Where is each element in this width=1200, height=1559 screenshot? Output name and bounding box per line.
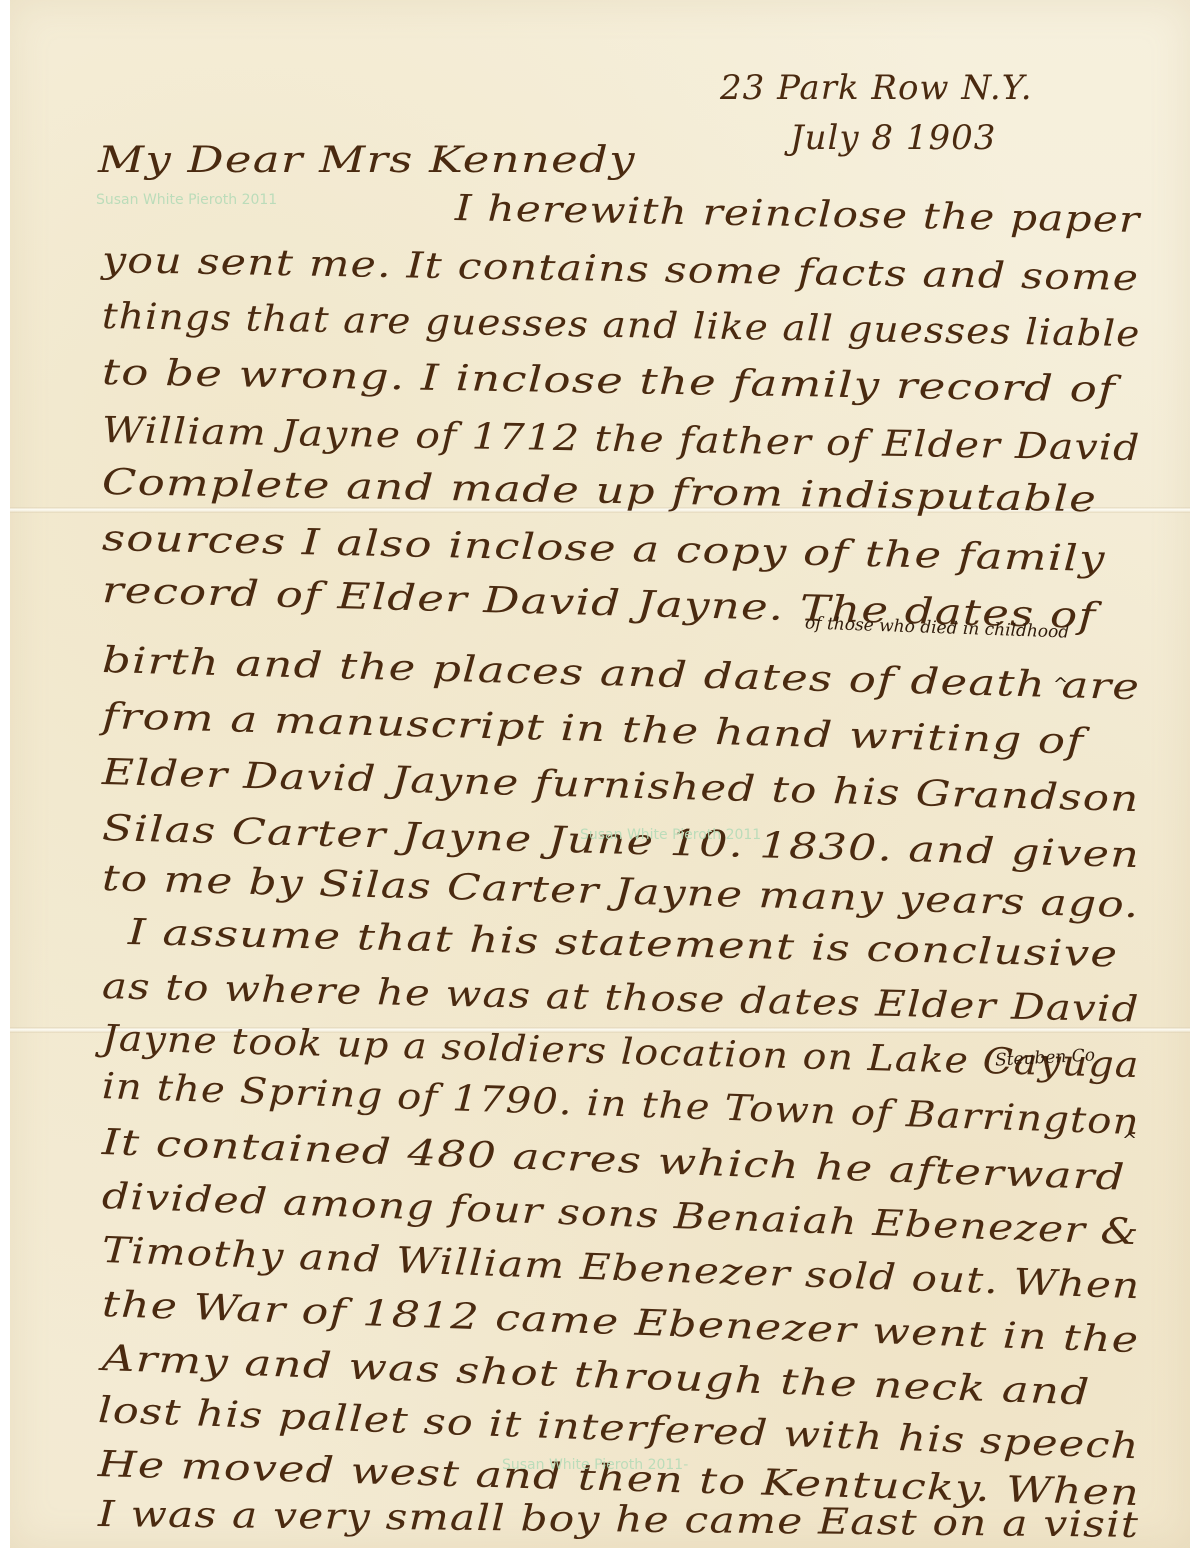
letter-line: from a manuscript in the hand writing of bbox=[101, 696, 1084, 763]
letter-line: birth and the places and dates of death … bbox=[101, 640, 1140, 708]
letter-address: 23 Park Row N.Y. bbox=[720, 68, 1033, 108]
letter-paper: 23 Park Row N.Y. July 8 1903 My Dear Mrs… bbox=[10, 0, 1190, 1548]
letter-line: I herewith reinclose the paper bbox=[455, 188, 1141, 241]
insertion-caret: ^ bbox=[1122, 1130, 1137, 1151]
letter-line: to be wrong. I inclose the family record… bbox=[102, 352, 1117, 411]
letter-line: sources I also inclose a copy of the fam… bbox=[102, 518, 1107, 580]
letter-line: as to where he was at those dates Elder … bbox=[102, 966, 1140, 1031]
watermark: Susan White Pieroth 2011- bbox=[502, 1457, 688, 1473]
letter-line: Elder David Jayne furnished to his Grand… bbox=[101, 752, 1140, 820]
letter-line: William Jayne of 1712 the father of Elde… bbox=[102, 410, 1141, 469]
watermark: Susan White Pieroth 2011 bbox=[96, 192, 277, 208]
letter-line: things that are guesses and like all gue… bbox=[102, 296, 1141, 355]
watermark: Susan White Pieroth 2011 bbox=[580, 827, 761, 843]
letter-date: July 8 1903 bbox=[790, 118, 996, 158]
letter-line: you sent me. It contains some facts and … bbox=[102, 240, 1140, 299]
letter-salutation: My Dear Mrs Kennedy bbox=[98, 140, 636, 181]
insertion-caret: ^ bbox=[1053, 674, 1068, 695]
